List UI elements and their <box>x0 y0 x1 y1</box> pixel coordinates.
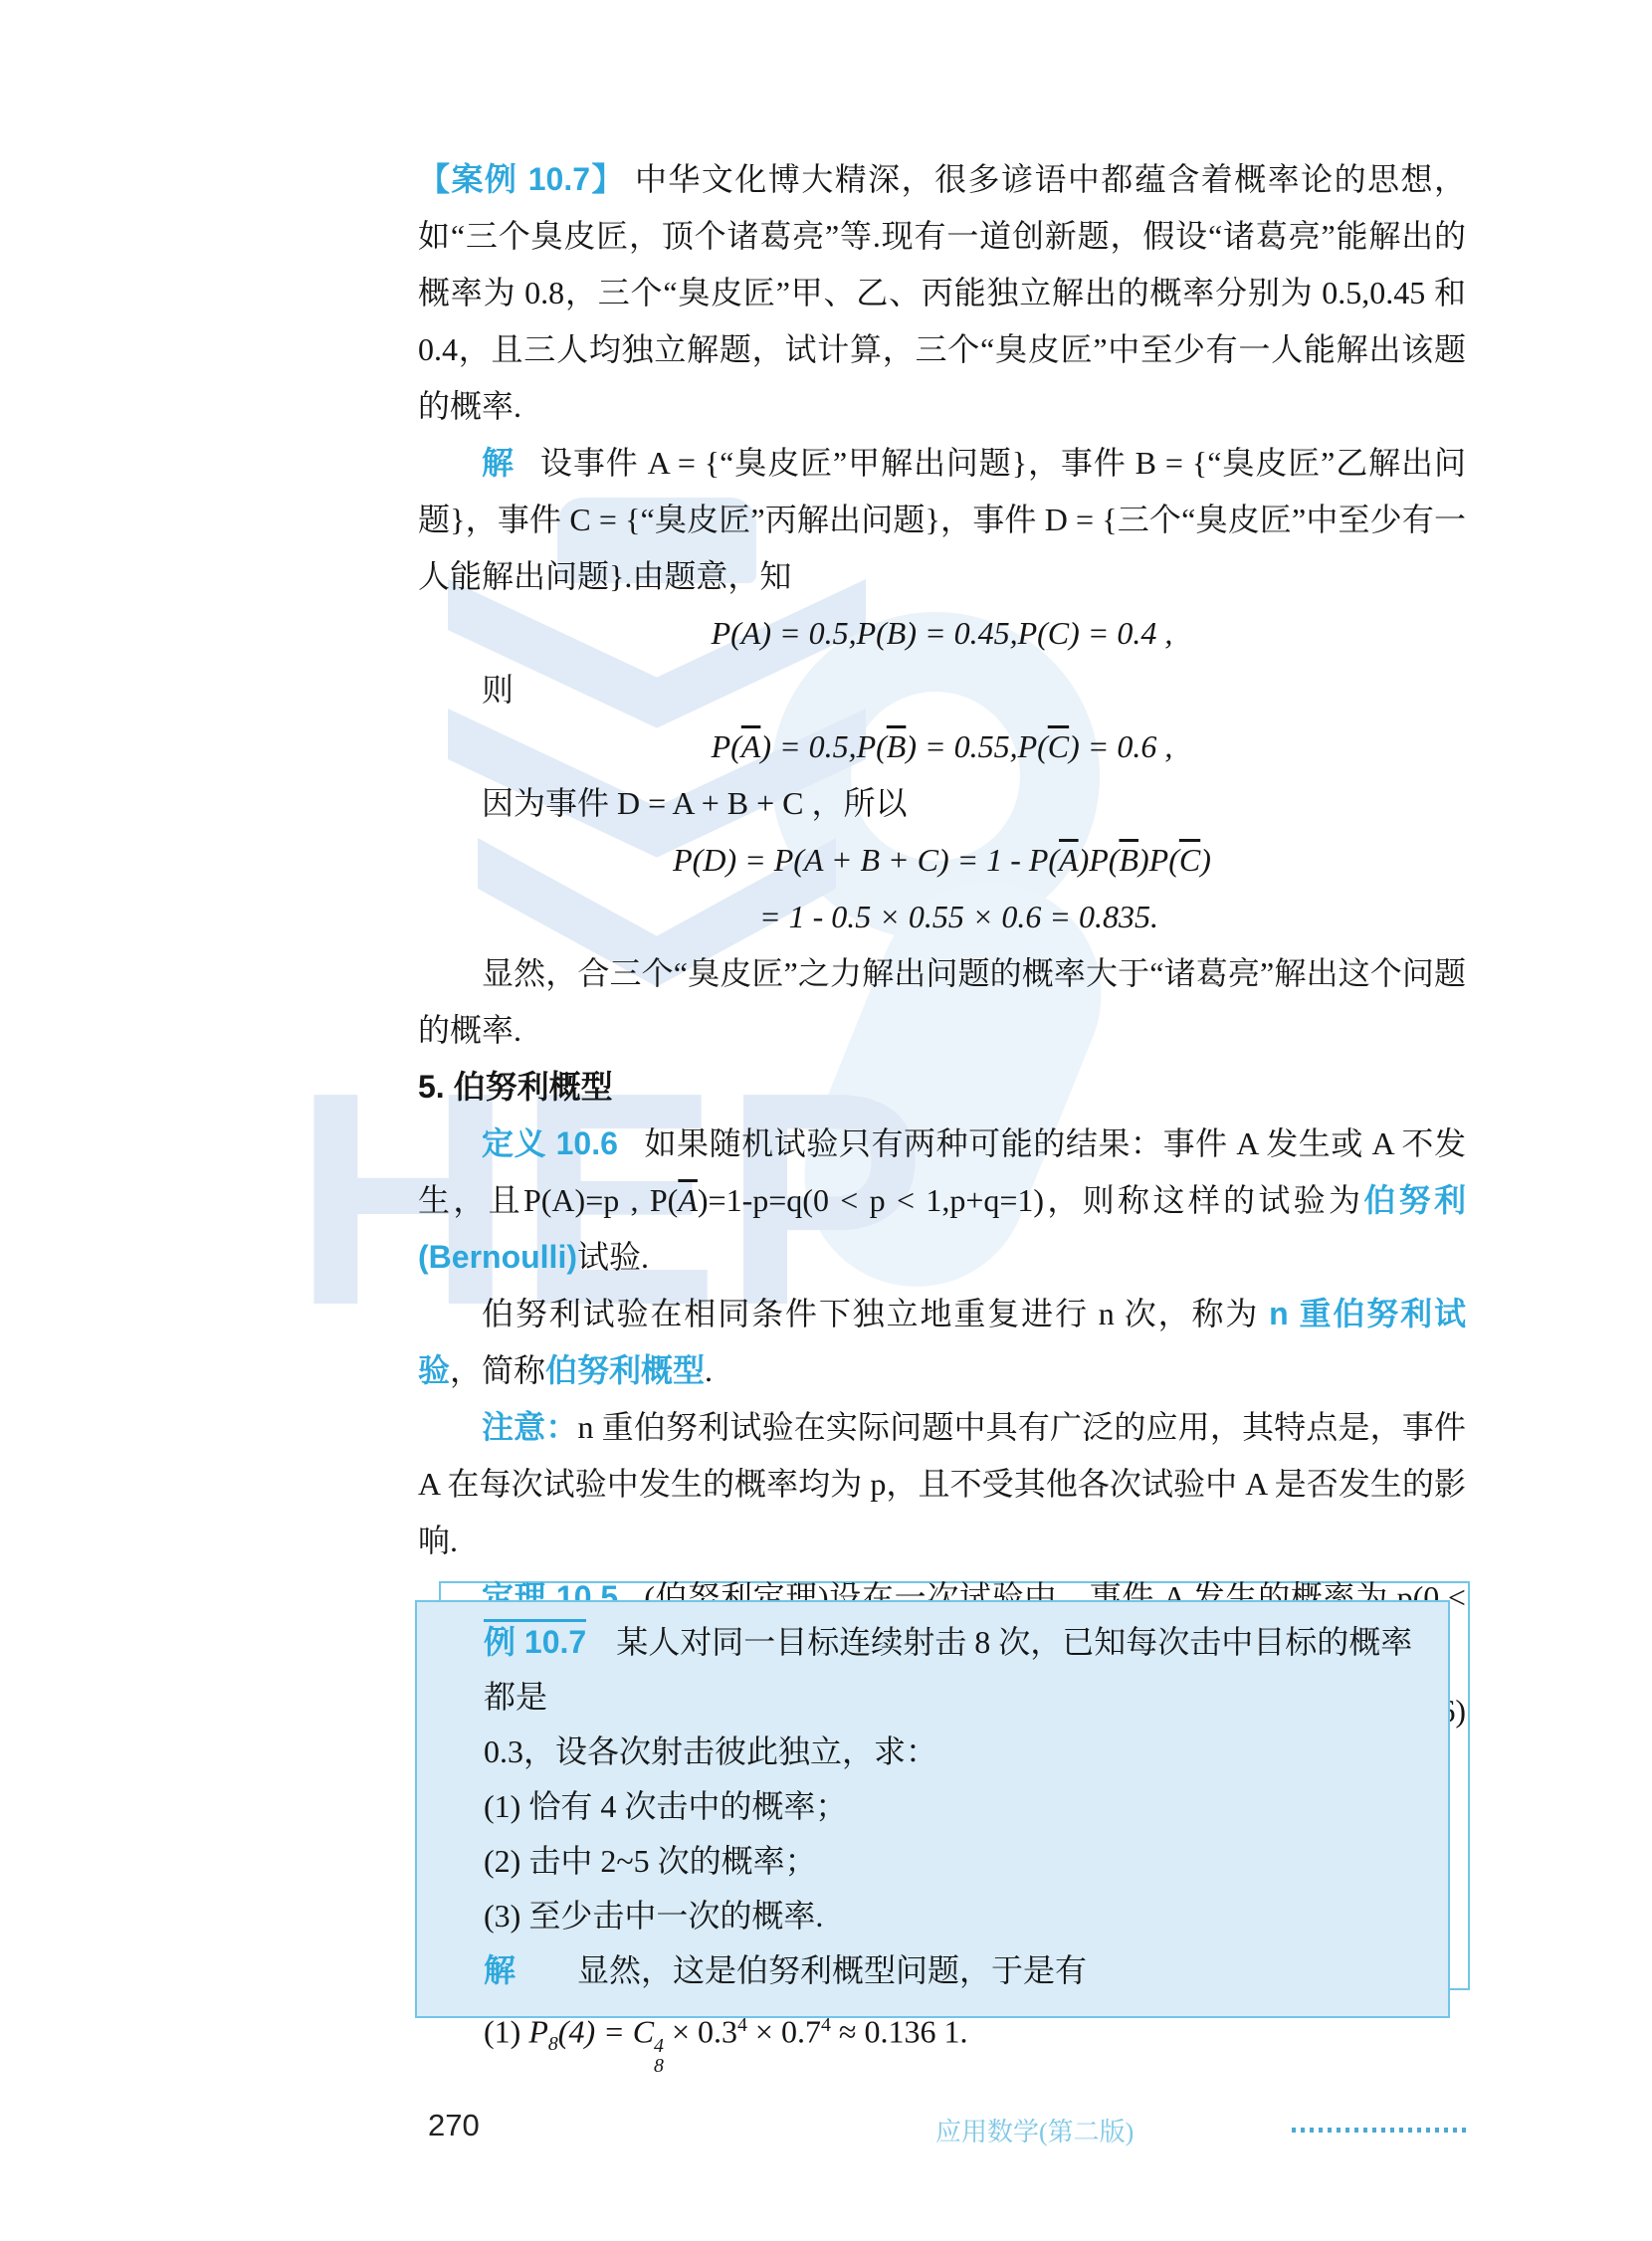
example-question-line1: 例 10.7某人对同一目标连续射击 8 次，已知每次击中目标的概率都是 <box>484 1615 1418 1725</box>
section-heading: 5. 伯努利概型 <box>418 1059 1466 1116</box>
definition-label: 定义 10.6 <box>482 1125 618 1161</box>
a-bar: A <box>678 1182 698 1218</box>
example-item-3: (3) 至少击中一次的概率. <box>484 1889 1418 1943</box>
example-solution-label: 解 <box>484 1952 516 1988</box>
example-item-1: (1) 恰有 4 次击中的概率； <box>484 1779 1418 1834</box>
b-bar: B <box>1119 842 1138 878</box>
solution-paragraph: 解设事件 A = {“臭皮匠”甲解出问题}，事件 B = {“臭皮匠”乙解出问题… <box>418 435 1466 605</box>
combination-c84: 48 <box>654 2036 664 2076</box>
case-text: 中华文化博大精深，很多谚语中都蕴含着概率论的思想，如“三个臭皮匠，顶个诸葛亮”等… <box>418 161 1466 424</box>
footer-book-title: 应用数学(第二版) <box>935 2112 1134 2148</box>
a-bar: A <box>741 728 761 764</box>
b-bar: B <box>887 728 907 764</box>
example-item-2: (2) 击中 2~5 次的概率； <box>484 1834 1418 1889</box>
case-label: 【案例 10.7】 <box>418 161 625 197</box>
example-box: 例 10.7某人对同一目标连续射击 8 次，已知每次击中目标的概率都是 0.3，… <box>415 1600 1450 2018</box>
equation-pd: P(D) = P(A + B + C) = 1 - P(A)P(B)P(C) <box>418 832 1466 889</box>
footer-dotted-line <box>1292 2128 1471 2133</box>
because-line: 因为事件 D = A + B + C ，所以 <box>418 775 1466 832</box>
page-number: 270 <box>428 2108 480 2143</box>
solution-text: 设事件 A = {“臭皮匠”甲解出问题}，事件 B = {“臭皮匠”乙解出问题}… <box>418 445 1466 594</box>
conclusion-line: 显然，合三个“臭皮匠”之力解出问题的概率大于“诸葛亮”解出这个问题的概率. <box>418 945 1466 1059</box>
equation-pd-result: = 1 - 0.5 × 0.55 × 0.6 = 0.835. <box>452 889 1466 945</box>
repetition-paragraph: 伯努利试验在相同条件下独立地重复进行 n 次，称为 n 重伯努利试验，简称伯努利… <box>418 1286 1466 1399</box>
definition-paragraph: 定义 10.6如果随机试验只有两种可能的结果：事件 A 发生或 A 不发生，且P… <box>418 1116 1466 1286</box>
equation-pabc: P(A) = 0.5,P(B) = 0.45,P(C) = 0.4 , <box>418 605 1466 662</box>
textbook-page: HEP 【案例 10.7】中华文化博大精深，很多谚语中都蕴含着概率论的思想，如“… <box>0 0 1652 2241</box>
page-body: 【案例 10.7】中华文化博大精深，很多谚语中都蕴含着概率论的思想，如“三个臭皮… <box>418 151 1466 1761</box>
case-paragraph: 【案例 10.7】中华文化博大精深，很多谚语中都蕴含着概率论的思想，如“三个臭皮… <box>418 151 1466 435</box>
then-line: 则 <box>418 662 1466 718</box>
note-label: 注意： <box>482 1409 578 1445</box>
example-question-line2: 0.3，设各次射击彼此独立，求： <box>484 1725 1418 1779</box>
c-bar: C <box>1048 728 1069 764</box>
bernoulli-model-term: 伯努利概型 <box>545 1352 705 1388</box>
example-solution-formula: (1) P8(4) = C48 × 0.34 × 0.74 ≈ 0.136 1. <box>484 1998 1418 2076</box>
note-paragraph: 注意：n 重伯努利试验在实际问题中具有广泛的应用，其特点是，事件 A 在每次试验… <box>418 1399 1466 1569</box>
example-solution-line: 解显然，这是伯努利概型问题，于是有 <box>484 1943 1418 1998</box>
solution-label: 解 <box>482 445 515 481</box>
c-bar: C <box>1179 842 1200 878</box>
example-label: 例 10.7 <box>484 1619 586 1660</box>
equation-complements: P(A) = 0.5,P(B) = 0.55,P(C) = 0.6 , <box>418 718 1466 775</box>
a-bar: A <box>1059 842 1079 878</box>
